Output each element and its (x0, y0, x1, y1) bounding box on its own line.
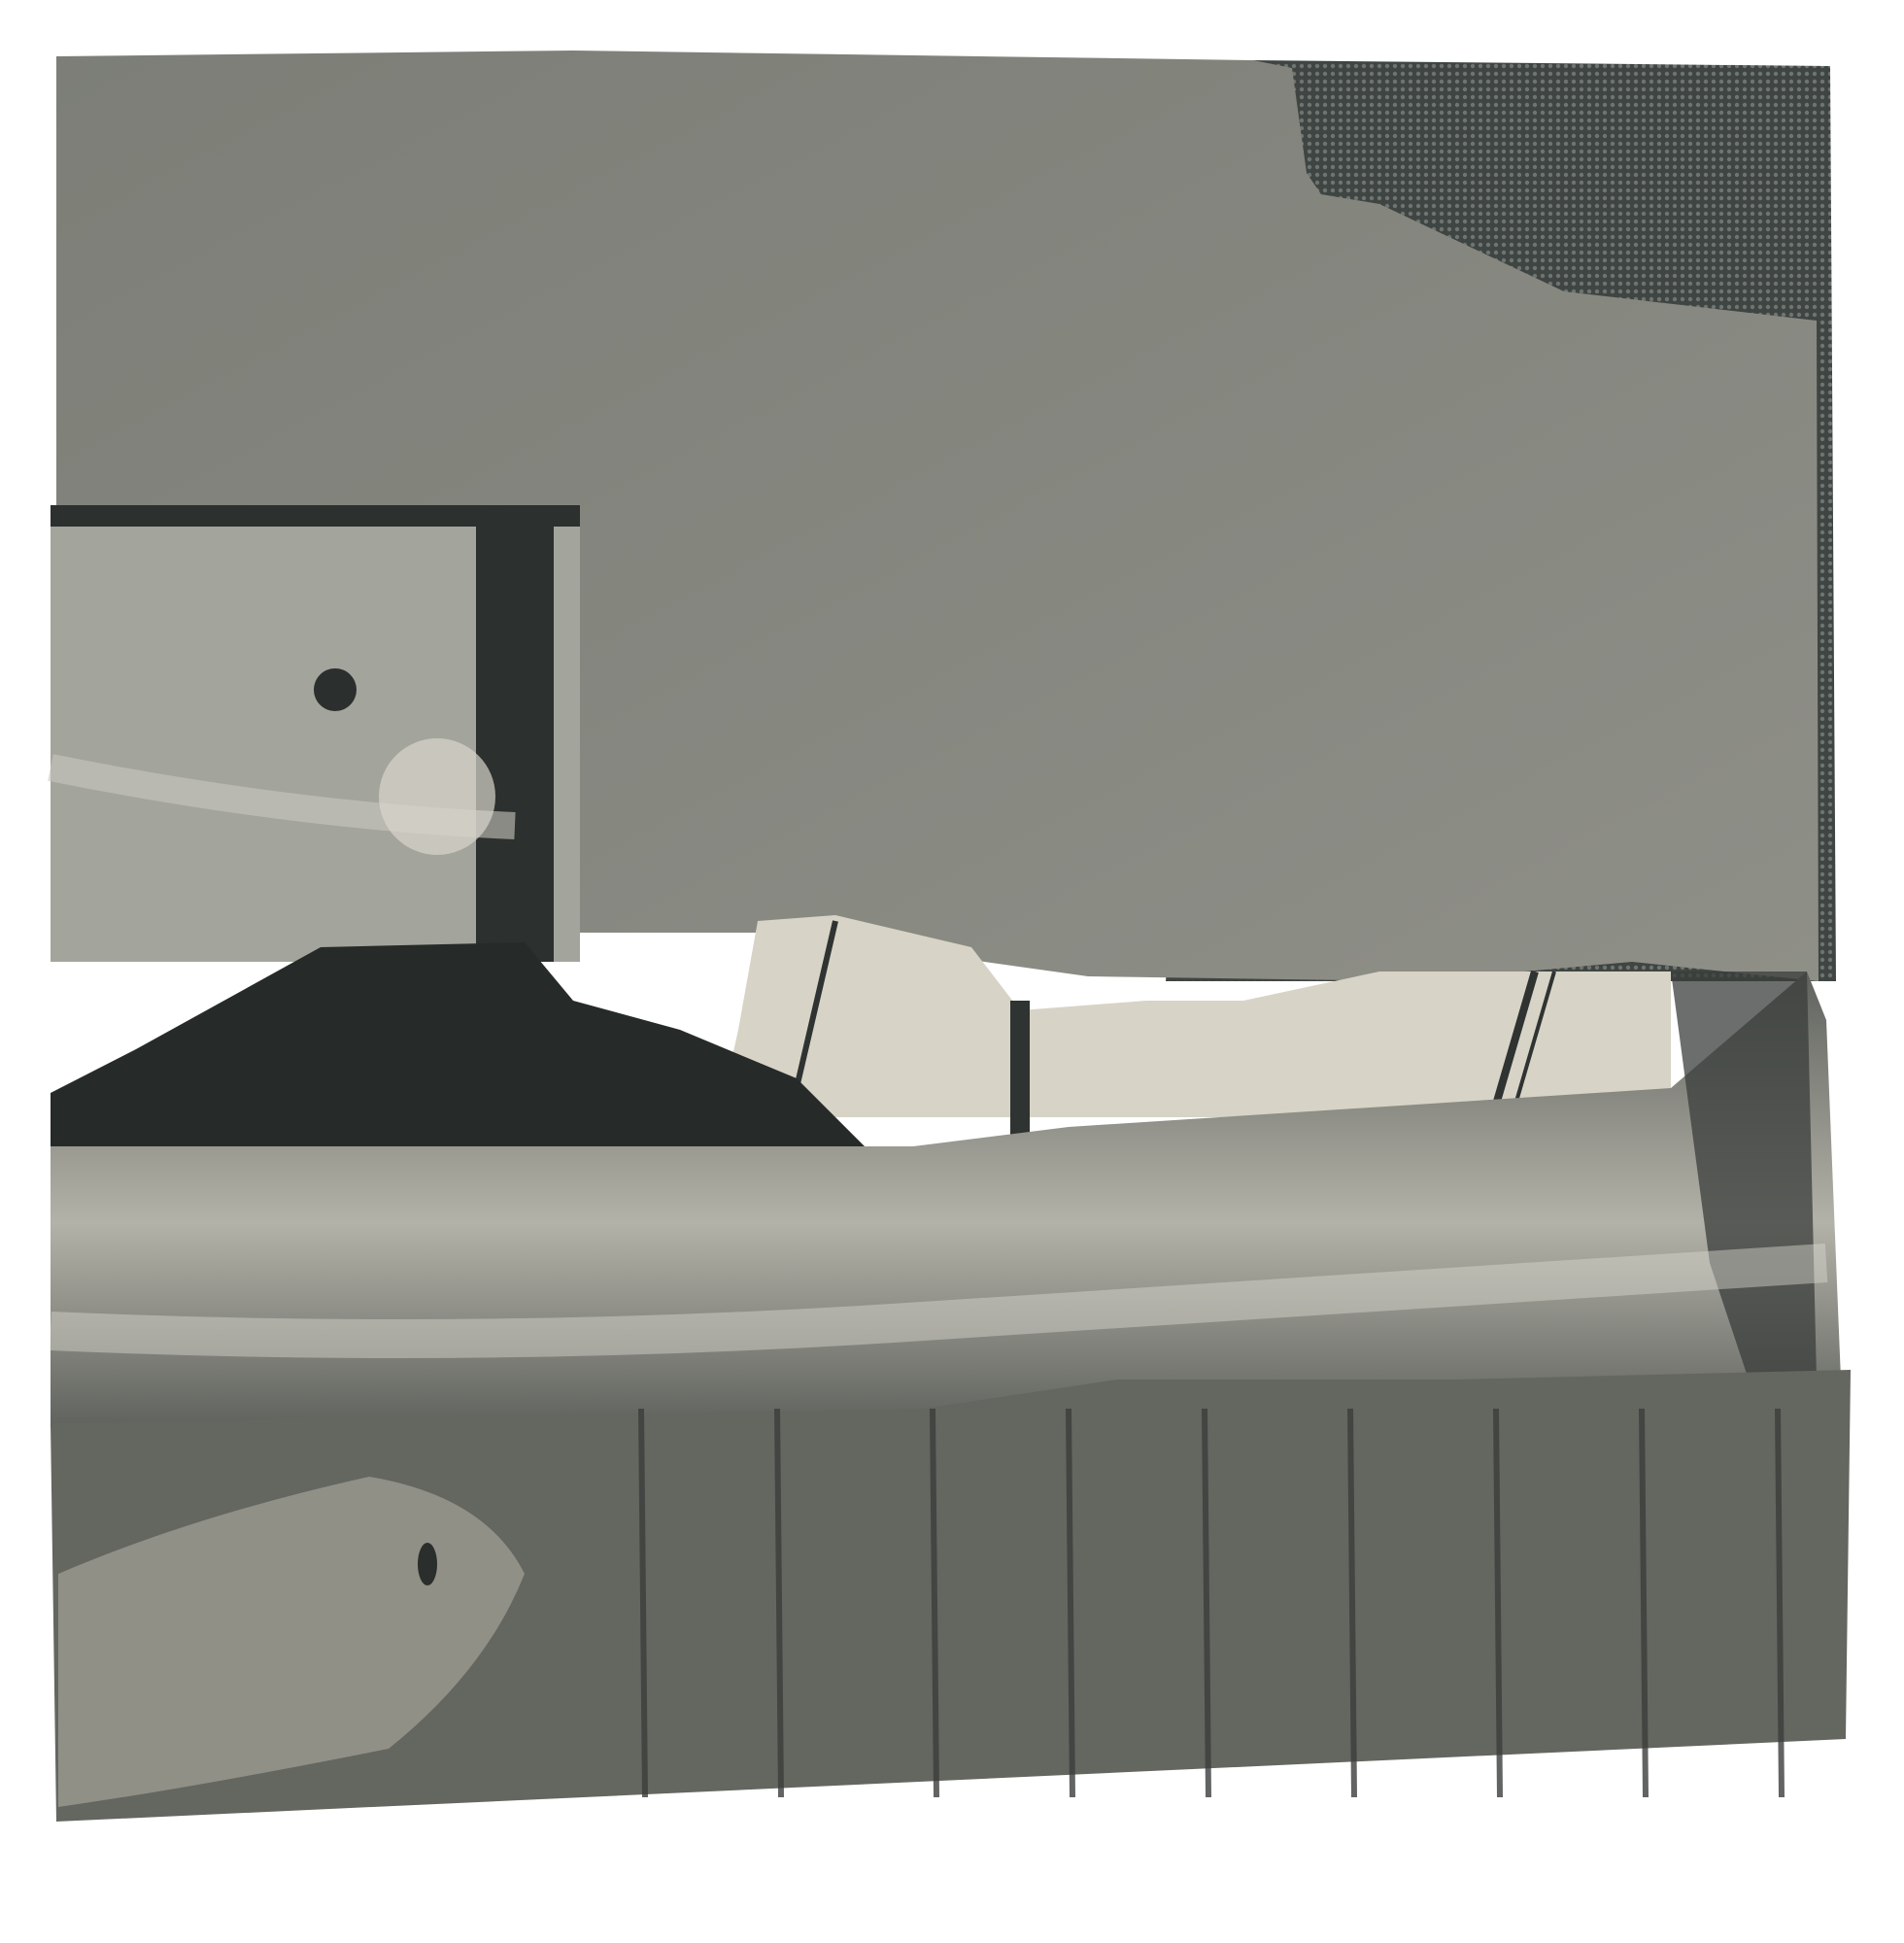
wooden-planks-panel (51, 1370, 1851, 1822)
round-knob-shape (314, 668, 357, 711)
collage-artwork (0, 0, 1904, 1943)
window-frame-scene (51, 505, 580, 962)
collage-svg (0, 0, 1904, 1943)
